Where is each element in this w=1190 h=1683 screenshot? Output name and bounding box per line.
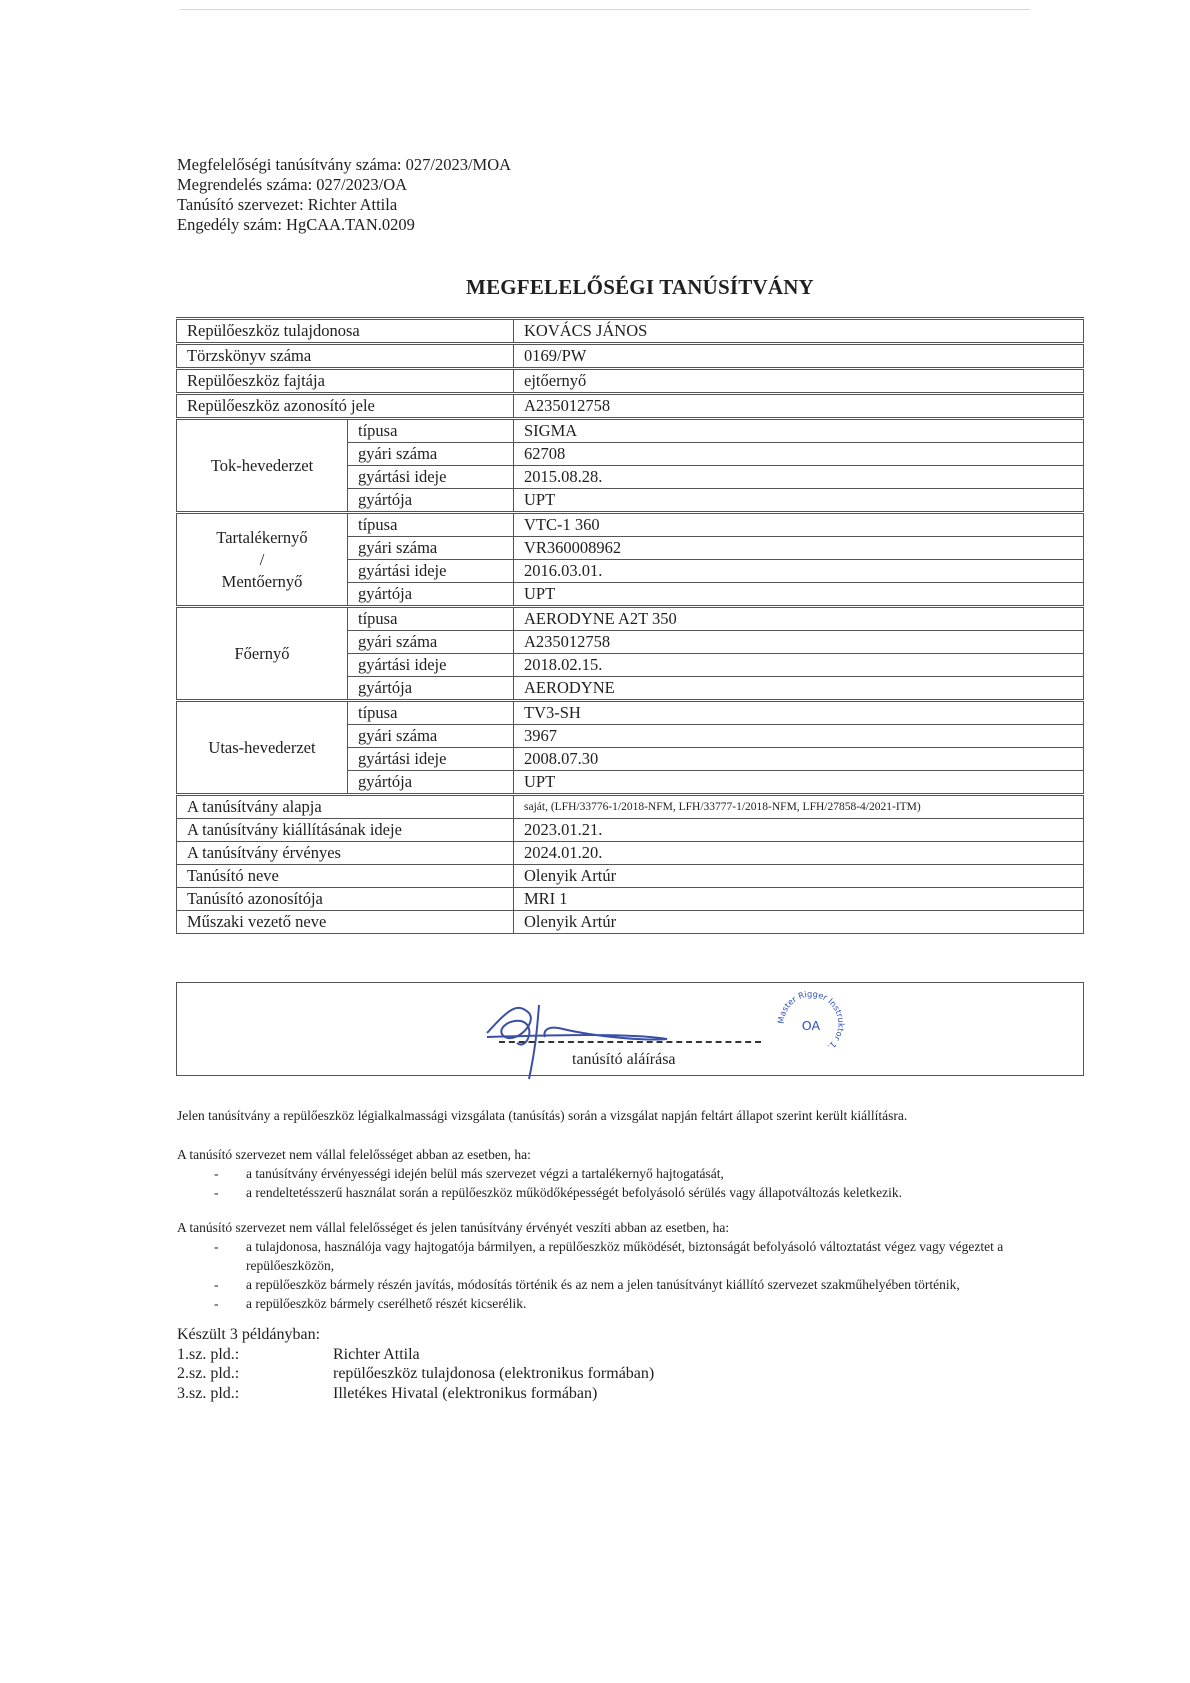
row-value: Olenyik Artúr [514,911,1084,934]
field-label: gyári száma [348,725,514,748]
order-number: Megrendelés száma: 027/2023/OA [177,175,511,195]
cert-number: Megfelelőségi tanúsítvány száma: 027/202… [177,155,511,175]
field-label: típusa [348,513,514,537]
dash-bullet: - [214,1275,219,1294]
liability-section-1: A tanúsító szervezet nem vállal felelőss… [177,1145,902,1202]
list-item: -a tulajdonosa, használója vagy hajtogat… [177,1237,1017,1275]
copy-number: 3.sz. pld.: [177,1384,333,1404]
field-label: gyártója [348,489,514,513]
svg-text:OA: OA [802,1018,821,1033]
table-row: Repülőeszköz fajtájaejtőernyő [177,369,1084,394]
liability-1-list: -a tanúsítvány érvényességi idején belül… [177,1164,902,1202]
copy-number: 1.sz. pld.: [177,1345,333,1365]
copy-row: 3.sz. pld.:Illetékes Hivatal (elektronik… [177,1384,654,1404]
row-value: 0169/PW [514,344,1084,369]
field-value: 2008.07.30 [514,748,1084,771]
dash-bullet: - [214,1237,219,1256]
signature-box: tanúsító aláírása Master Rigger Instrukt… [176,982,1084,1076]
field-value: 62708 [514,443,1084,466]
copies-section: Készült 3 példányban: 1.sz. pld.:Richter… [177,1325,654,1403]
dash-bullet: - [214,1183,219,1202]
row-label: Törzskönyv száma [177,344,514,369]
license-number: Engedély szám: HgCAA.TAN.0209 [177,215,511,235]
row-value: Olenyik Artúr [514,865,1084,888]
liability-section-2: A tanúsító szervezet nem vállal felelőss… [177,1218,1017,1313]
row-label: A tanúsítvány érvényes [177,842,514,865]
document-header: Megfelelőségi tanúsítvány száma: 027/202… [177,155,511,235]
list-item: -a tanúsítvány érvényességi idején belül… [177,1164,902,1183]
row-value: ejtőernyő [514,369,1084,394]
field-label: gyártási ideje [348,560,514,583]
dash-bullet: - [214,1164,219,1183]
field-value: SIGMA [514,419,1084,443]
row-label: Tanúsító azonosítója [177,888,514,911]
field-label: gyártási ideje [348,466,514,489]
group-label: Tok-hevederzet [177,419,348,513]
row-label: A tanúsítvány alapja [177,795,514,819]
row-value: KOVÁCS JÁNOS [514,319,1084,344]
field-label: típusa [348,701,514,725]
list-item: -a rendeltetésszerű használat során a re… [177,1183,902,1202]
field-label: gyári száma [348,631,514,654]
field-value: UPT [514,771,1084,795]
row-value: A235012758 [514,394,1084,419]
stamp-icon: Master Rigger Instruktor 1. OA [772,985,850,1063]
copy-row: 1.sz. pld.:Richter Attila [177,1345,654,1365]
row-value: 2024.01.20. [514,842,1084,865]
table-row: A tanúsítvány érvényes2024.01.20. [177,842,1084,865]
field-label: gyári száma [348,443,514,466]
row-label: A tanúsítvány kiállításának ideje [177,819,514,842]
row-value: 2023.01.21. [514,819,1084,842]
row-label: Repülőeszköz azonosító jele [177,394,514,419]
row-value: MRI 1 [514,888,1084,911]
table-row: A tanúsítvány alapjasaját, (LFH/33776-1/… [177,795,1084,819]
field-value: 2018.02.15. [514,654,1084,677]
copy-number: 2.sz. pld.: [177,1364,333,1384]
row-label: Műszaki vezető neve [177,911,514,934]
copy-recipient: repülőeszköz tulajdonosa (elektronikus f… [333,1364,654,1384]
group-label: Tartalékernyő / Mentőernyő [177,513,348,607]
field-value: VTC-1 360 [514,513,1084,537]
field-label: gyári száma [348,537,514,560]
field-label: gyártója [348,583,514,607]
certifying-organization: Tanúsító szervezet: Richter Attila [177,195,511,215]
row-label: Tanúsító neve [177,865,514,888]
field-value: 3967 [514,725,1084,748]
field-label: típusa [348,419,514,443]
copies-intro: Készült 3 példányban: [177,1325,654,1345]
dash-bullet: - [214,1294,219,1313]
group-label: Főernyő [177,607,348,701]
table-row: Törzskönyv száma0169/PW [177,344,1084,369]
table-row: Tanúsító neveOlenyik Artúr [177,865,1084,888]
field-value: UPT [514,583,1084,607]
field-value: UPT [514,489,1084,513]
liability-2-intro: A tanúsító szervezet nem vállal felelőss… [177,1218,1017,1237]
table-row: Utas-hevederzettípusaTV3-SH [177,701,1084,725]
field-value: 2016.03.01. [514,560,1084,583]
field-value: A235012758 [514,631,1084,654]
table-row: A tanúsítvány kiállításának ideje2023.01… [177,819,1084,842]
signature-dashed-line [499,1041,761,1043]
field-label: gyártási ideje [348,654,514,677]
signature-label: tanúsító aláírása [572,1051,676,1069]
list-item: -a repülőeszköz bármely részén javítás, … [177,1275,1017,1294]
row-value: saját, (LFH/33776-1/2018-NFM, LFH/33777-… [514,795,1084,819]
row-label: Repülőeszköz fajtája [177,369,514,394]
liability-1-intro: A tanúsító szervezet nem vállal felelőss… [177,1145,902,1164]
table-row: Tartalékernyő / MentőernyőtípusaVTC-1 36… [177,513,1084,537]
group-label: Utas-hevederzet [177,701,348,795]
field-label: gyártási ideje [348,748,514,771]
statement-paragraph: Jelen tanúsítvány a repülőeszköz légialk… [177,1106,907,1125]
document-title: MEGFELELŐSÉGI TANÚSÍTVÁNY [0,275,1190,300]
field-value: VR360008962 [514,537,1084,560]
row-label: Repülőeszköz tulajdonosa [177,319,514,344]
table-row: Műszaki vezető neveOlenyik Artúr [177,911,1084,934]
table-row: Repülőeszköz azonosító jeleA235012758 [177,394,1084,419]
field-label: gyártója [348,677,514,701]
field-value: TV3-SH [514,701,1084,725]
certificate-table: Repülőeszköz tulajdonosaKOVÁCS JÁNOSTörz… [176,317,1084,934]
field-value: AERODYNE [514,677,1084,701]
field-value: AERODYNE A2T 350 [514,607,1084,631]
scan-artifact-line [180,9,1030,10]
copy-row: 2.sz. pld.:repülőeszköz tulajdonosa (ele… [177,1364,654,1384]
field-value: 2015.08.28. [514,466,1084,489]
table-row: Repülőeszköz tulajdonosaKOVÁCS JÁNOS [177,319,1084,344]
list-item: -a repülőeszköz bármely cserélhető részé… [177,1294,1017,1313]
copy-recipient: Richter Attila [333,1345,420,1365]
field-label: típusa [348,607,514,631]
copy-recipient: Illetékes Hivatal (elektronikus formában… [333,1384,597,1404]
field-label: gyártója [348,771,514,795]
table-row: Tok-hevederzettípusaSIGMA [177,419,1084,443]
table-row: Tanúsító azonosítójaMRI 1 [177,888,1084,911]
table-row: FőernyőtípusaAERODYNE A2T 350 [177,607,1084,631]
liability-2-list: -a tulajdonosa, használója vagy hajtogat… [177,1237,1017,1313]
